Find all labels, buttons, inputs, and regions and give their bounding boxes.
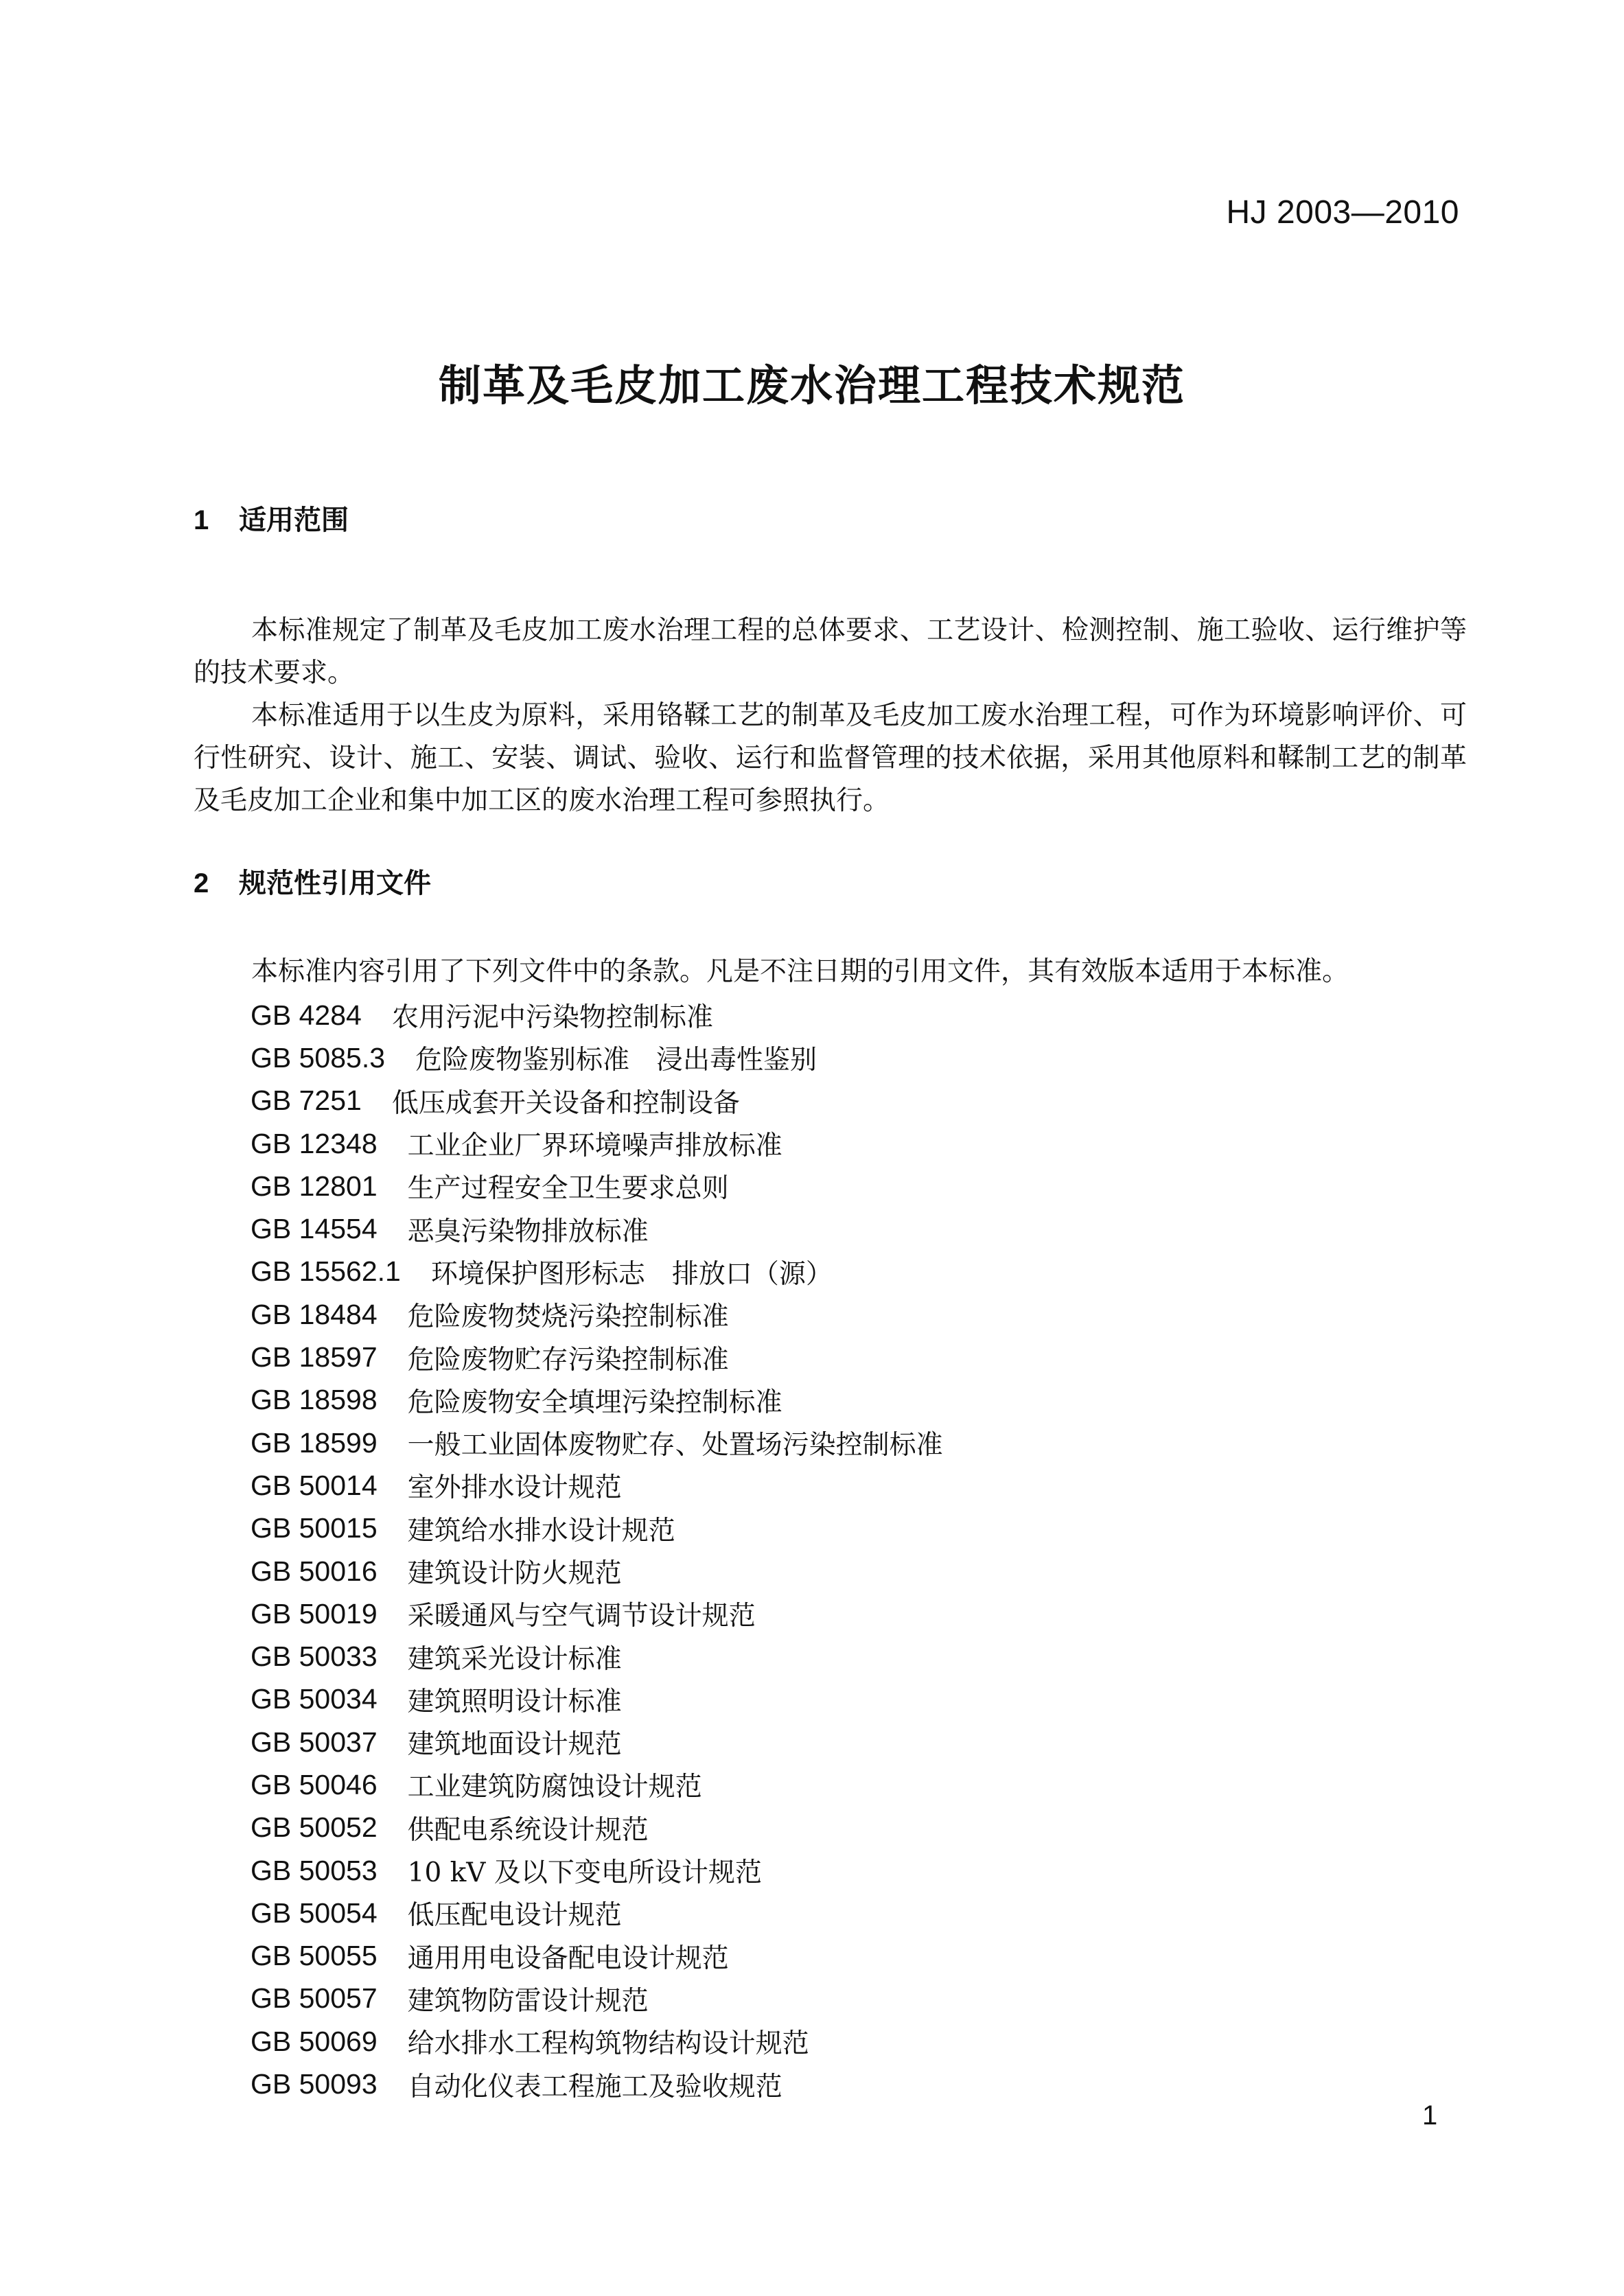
reference-item: GB 5005310 kV 及以下变电所设计规范 xyxy=(251,1849,943,1892)
reference-item: GB 50069给水排水工程构筑物结构设计规范 xyxy=(251,2020,943,2063)
reference-title: 工业企业厂界环境噪声排放标准 xyxy=(408,1124,782,1163)
reference-title: 一般工业固体废物贮存、处置场污染控制标准 xyxy=(408,1424,943,1462)
reference-item: GB 14554恶臭污染物排放标准 xyxy=(251,1207,943,1250)
reference-title: 工业建筑防腐蚀设计规范 xyxy=(408,1765,702,1804)
reference-code: GB 50014 xyxy=(251,1470,378,1502)
reference-item: GB 18484危险废物焚烧污染控制标准 xyxy=(251,1293,943,1336)
reference-title: 建筑给水排水设计规范 xyxy=(408,1509,675,1548)
reference-code: GB 50093 xyxy=(251,2068,378,2100)
scope-paragraph-1: 本标准规定了制革及毛皮加工废水治理工程的总体要求、工艺设计、检测控制、施工验收、… xyxy=(194,610,1467,695)
reference-code: GB 50069 xyxy=(251,2026,378,2058)
reference-item: GB 18598危险废物安全填埋污染控制标准 xyxy=(251,1379,943,1422)
reference-title: 危险废物焚烧污染控制标准 xyxy=(408,1295,729,1334)
reference-title: 建筑采光设计标准 xyxy=(408,1638,622,1676)
reference-code: GB 50019 xyxy=(251,1598,378,1630)
section-title: 适用范围 xyxy=(239,505,349,536)
reference-title: 建筑设计防火规范 xyxy=(408,1552,622,1590)
reference-title: 危险废物鉴别标准 浸出毒性鉴别 xyxy=(415,1039,817,1077)
reference-title: 通用用电设备配电设计规范 xyxy=(408,1937,729,1975)
reference-title: 室外排水设计规范 xyxy=(408,1466,622,1505)
reference-code: GB 50054 xyxy=(251,1897,378,1929)
reference-title: 低压配电设计规范 xyxy=(408,1894,622,1932)
reference-code: GB 4284 xyxy=(251,999,362,1032)
scope-paragraph-2: 本标准适用于以生皮为原料，采用铬鞣工艺的制革及毛皮加工废水治理工程，可作为环境影… xyxy=(194,695,1467,822)
reference-code: GB 14554 xyxy=(251,1213,378,1245)
reference-title: 农用污泥中污染物控制标准 xyxy=(392,996,713,1034)
reference-item: GB 50057建筑物防雷设计规范 xyxy=(251,1978,943,2020)
section-number: 1 xyxy=(194,505,239,536)
section-1-heading: 1适用范围 xyxy=(194,498,349,537)
section-number: 2 xyxy=(194,868,239,899)
reference-item: GB 50093自动化仪表工程施工及验收规范 xyxy=(251,2063,943,2105)
reference-item: GB 50052供配电系统设计规范 xyxy=(251,1807,943,1849)
reference-code: GB 50057 xyxy=(251,1982,378,2015)
reference-title: 采暖通风与空气调节设计规范 xyxy=(408,1595,756,1633)
reference-code: GB 7251 xyxy=(251,1085,362,1117)
reference-code: GB 5085.3 xyxy=(251,1042,385,1074)
reference-title: 建筑物防雷设计规范 xyxy=(408,1980,649,2018)
reference-code: GB 18484 xyxy=(251,1299,378,1331)
reference-title: 环境保护图形标志 排放口（源） xyxy=(431,1253,833,1291)
reference-code: GB 15562.1 xyxy=(251,1255,401,1288)
reference-title: 自动化仪表工程施工及验收规范 xyxy=(408,2065,782,2104)
reference-item: GB 50046工业建筑防腐蚀设计规范 xyxy=(251,1763,943,1806)
reference-item: GB 18599一般工业固体废物贮存、处置场污染控制标准 xyxy=(251,1422,943,1464)
page-number: 1 xyxy=(1422,2100,1437,2131)
reference-title: 供配电系统设计规范 xyxy=(408,1809,649,1847)
reference-item: GB 50019采暖通风与空气调节设计规范 xyxy=(251,1592,943,1635)
reference-code: GB 50034 xyxy=(251,1683,378,1715)
section-2-heading: 2规范性引用文件 xyxy=(194,861,431,901)
reference-code: GB 18598 xyxy=(251,1384,378,1416)
reference-item: GB 50055通用用电设备配电设计规范 xyxy=(251,1935,943,1978)
reference-item: GB 12348工业企业厂界环境噪声排放标准 xyxy=(251,1122,943,1165)
reference-title: 建筑地面设计规范 xyxy=(408,1723,622,1761)
document-title: 制革及毛皮加工废水治理工程技术规范 xyxy=(0,351,1624,413)
reference-item: GB 50015建筑给水排水设计规范 xyxy=(251,1507,943,1550)
reference-code: GB 18597 xyxy=(251,1341,378,1373)
standard-code: HJ 2003—2010 xyxy=(1226,194,1459,231)
reference-code: GB 12348 xyxy=(251,1128,378,1160)
reference-title: 低压成套开关设备和控制设备 xyxy=(392,1082,740,1120)
reference-item: GB 4284农用污泥中污染物控制标准 xyxy=(251,994,943,1036)
reference-code: GB 12801 xyxy=(251,1170,378,1203)
normative-references-list: GB 4284农用污泥中污染物控制标准 GB 5085.3危险废物鉴别标准 浸出… xyxy=(251,994,943,2106)
reference-title: 生产过程安全卫生要求总则 xyxy=(408,1167,729,1205)
reference-item: GB 50037建筑地面设计规范 xyxy=(251,1721,943,1763)
reference-item: GB 18597危险废物贮存污染控制标准 xyxy=(251,1336,943,1378)
reference-item: GB 50054低压配电设计规范 xyxy=(251,1892,943,1934)
reference-item: GB 7251低压成套开关设备和控制设备 xyxy=(251,1080,943,1122)
reference-item: GB 50014室外排水设计规范 xyxy=(251,1464,943,1507)
reference-code: GB 50055 xyxy=(251,1940,378,1972)
reference-code: GB 50037 xyxy=(251,1726,378,1759)
reference-item: GB 50033建筑采光设计标准 xyxy=(251,1635,943,1678)
section-title: 规范性引用文件 xyxy=(239,868,431,899)
reference-title: 建筑照明设计标准 xyxy=(408,1680,622,1719)
reference-code: GB 50046 xyxy=(251,1769,378,1801)
references-intro: 本标准内容引用了下列文件中的条款。凡是不注日期的引用文件，其有效版本适用于本标准… xyxy=(194,951,1467,993)
reference-title: 恶臭污染物排放标准 xyxy=(408,1210,649,1249)
reference-title: 给水排水工程构筑物结构设计规范 xyxy=(408,2022,809,2061)
reference-item: GB 50016建筑设计防火规范 xyxy=(251,1550,943,1592)
reference-code: GB 50016 xyxy=(251,1555,378,1588)
reference-code: GB 50052 xyxy=(251,1811,378,1844)
reference-item: GB 12801生产过程安全卫生要求总则 xyxy=(251,1165,943,1207)
reference-title: 危险废物安全填埋污染控制标准 xyxy=(408,1381,782,1419)
reference-item: GB 50034建筑照明设计标准 xyxy=(251,1678,943,1721)
reference-item: GB 15562.1环境保护图形标志 排放口（源） xyxy=(251,1251,943,1293)
reference-title: 危险废物贮存污染控制标准 xyxy=(408,1338,729,1377)
reference-code: GB 50033 xyxy=(251,1640,378,1673)
reference-code: GB 50053 xyxy=(251,1855,378,1887)
reference-title: 10 kV 及以下变电所设计规范 xyxy=(408,1851,762,1890)
reference-code: GB 18599 xyxy=(251,1427,378,1459)
reference-code: GB 50015 xyxy=(251,1512,378,1544)
reference-item: GB 5085.3危险废物鉴别标准 浸出毒性鉴别 xyxy=(251,1036,943,1079)
